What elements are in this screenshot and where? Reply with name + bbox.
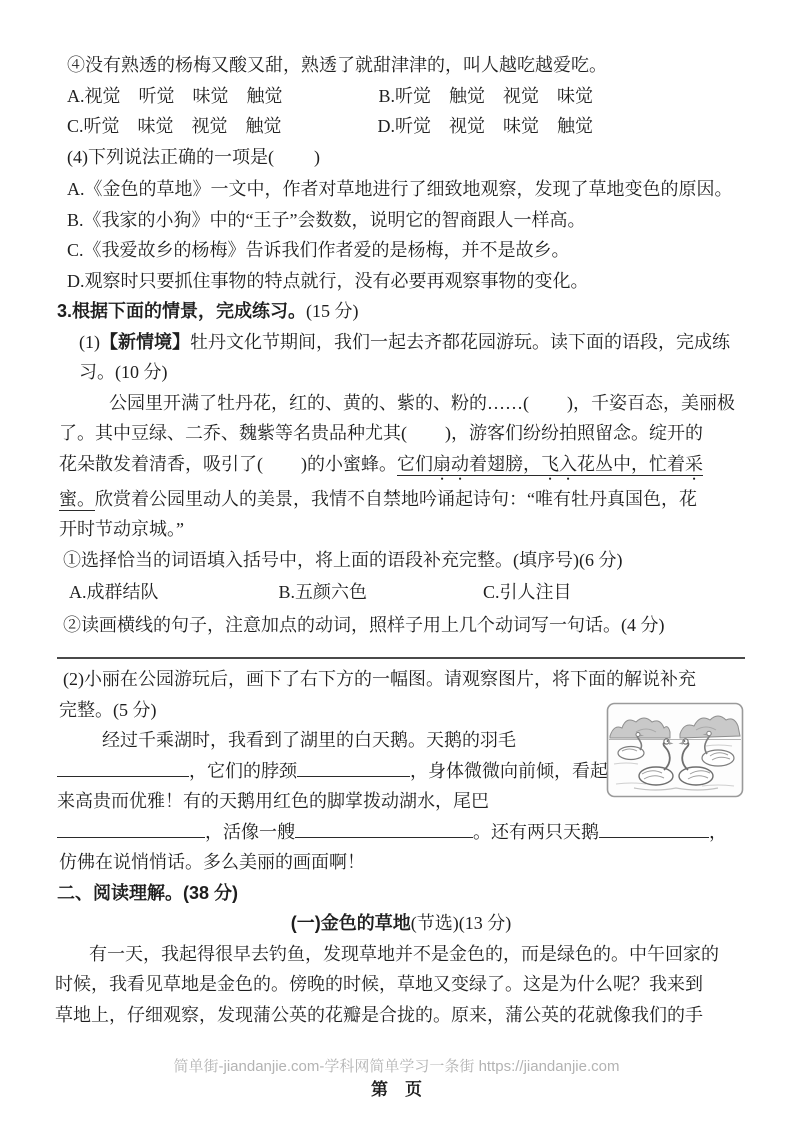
- text-line: C.《我爱故乡的杨梅》告诉我们作者爱的是杨梅，并不是故乡。: [67, 235, 745, 266]
- text-segment: (节选)(13 分): [411, 913, 511, 933]
- text-segment: (4)下列说法正确的一项是(: [67, 147, 274, 167]
- text-segment: ，活像一艘: [205, 822, 295, 842]
- text-segment: B.听觉 触觉 视觉 味觉: [379, 86, 594, 106]
- text-line: 公园里开满了牡丹花，红的、黄的、紫的、粉的……()，千姿百态，美丽极: [109, 388, 745, 419]
- fill-in-blank: [297, 761, 410, 777]
- text-line: 花朵散发着清香，吸引了()的小蜜蜂。它们扇动着翅膀，飞入花丛中，忙着采: [59, 449, 745, 484]
- text-segment: (2)小丽在公园游玩后，画下了右下方的一幅图。请观察图片，将下面的解说补充: [63, 669, 696, 689]
- text-line: B.《我家的小狗》中的“王子”会数数，说明它的智商跟人一样高。: [67, 205, 745, 236]
- text-segment: B.五颜六色: [279, 582, 368, 602]
- text-segment: 。还有两只天鹅: [473, 822, 599, 842]
- answer-rule-line: [57, 657, 745, 659]
- text-segment: 有一天，我起得很早去钓鱼，发现草地并不是金色的，而是绿色的。中午回家的: [89, 944, 719, 964]
- text-segment: 仿佛在说悄悄话。多么美丽的画面啊！: [59, 852, 365, 872]
- spacer: [263, 469, 301, 470]
- text-line: A.《金色的草地》一文中，作者对草地进行了细致地观察，发现了草地变色的原因。: [67, 174, 745, 205]
- swan-lake-figure: [606, 702, 744, 798]
- text-line: 有一天，我起得很早去钓鱼，发现草地并不是金色的，而是绿色的。中午回家的: [89, 939, 745, 970]
- text-line: ，它们的脖颈，身体微微向前倾，看起: [57, 756, 605, 787]
- text-segment: 二、阅读理解。(38 分): [57, 883, 238, 903]
- text-segment: 着翅膀，: [469, 454, 541, 476]
- text-segment: 扇动: [433, 454, 469, 476]
- text-segment: ①选择恰当的词语填入括号中，将上面的语段补充完整。(填序号)(6 分): [63, 550, 622, 570]
- spacer: [367, 597, 483, 598]
- text-segment: 开时节动京城。”: [59, 519, 184, 539]
- text-segment: D.听觉 视觉 味觉 触觉: [378, 116, 594, 136]
- text-segment: 飞入: [541, 454, 577, 476]
- text-segment: 它们: [397, 454, 433, 476]
- text-line: 蜜。欣赏着公园里动人的美景，我情不自禁地吟诵起诗句：“唯有牡丹真国色，花: [59, 484, 745, 515]
- text-segment: 时候，我看见草地是金色的。傍晚的时候，草地又变绿了。这是为什么呢？我来到: [55, 974, 703, 994]
- text-segment: (1): [79, 332, 100, 352]
- text-line: A.视觉 听觉 味觉 触觉B.听觉 触觉 视觉 味觉: [67, 81, 745, 112]
- text-segment: 欣赏着公园里动人的美景，我情不自禁地吟诵起诗句：“唯有牡丹真国色，花: [95, 489, 697, 509]
- text-segment: 花丛中，忙着: [577, 454, 685, 476]
- text-segment: 3.根据下面的情景，完成练习。: [57, 301, 306, 321]
- text-line: ，活像一艘。还有两只天鹅，: [57, 817, 745, 848]
- text-segment: 蜜。: [59, 489, 95, 511]
- text-segment: 牡丹文化节期间，我们一起去齐都花园游玩。读下面的语段，完成练: [190, 332, 730, 352]
- text-segment: ，身体微微向前倾，看起: [410, 761, 608, 781]
- text-segment: )，游客们纷纷拍照留念。绽开的: [445, 423, 703, 443]
- text-segment: (15 分): [306, 301, 359, 321]
- text-line: 时候，我看见草地是金色的。傍晚的时候，草地又变绿了。这是为什么呢？我来到: [55, 969, 745, 1000]
- text-line: 经过千乘湖时，我看到了湖里的白天鹅。天鹅的羽毛: [102, 725, 650, 756]
- text-segment: C.《我爱故乡的杨梅》告诉我们作者爱的是杨梅，并不是故乡。: [67, 240, 570, 260]
- text-segment: )的小蜜蜂。: [301, 454, 397, 474]
- text-segment: 采: [685, 454, 703, 476]
- text-segment: ④没有熟透的杨梅又酸又甜，熟透了就甜津津的，叫人越吃越爱吃。: [67, 55, 607, 75]
- text-segment: ，: [709, 822, 727, 842]
- fill-in-blank: [57, 761, 189, 777]
- text-segment: 花朵散发着清香，吸引了(: [59, 454, 263, 474]
- text-segment: ): [314, 147, 320, 167]
- fill-in-blank: [57, 822, 205, 838]
- spacer: [407, 438, 445, 439]
- text-segment: 【新情境】: [100, 332, 190, 352]
- text-line: 二、阅读理解。(38 分): [57, 878, 745, 909]
- text-line: 草地上，仔细观察，发现蒲公英的花瓣是合拢的。原来，蒲公英的花就像我们的手: [55, 1000, 745, 1031]
- text-segment: ②读画横线的句子，注意加点的动词，照样子用上几个动词写一句话。(4 分): [63, 615, 665, 635]
- text-line: A.成群结队B.五颜六色C.引人注目: [69, 577, 745, 608]
- text-segment: A.成群结队: [69, 582, 159, 602]
- text-line: 仿佛在说悄悄话。多么美丽的画面啊！: [59, 847, 745, 878]
- spacer: [282, 131, 378, 132]
- text-line: 3.根据下面的情景，完成练习。(15 分): [57, 296, 745, 327]
- page-number-label: 第 页: [0, 1075, 793, 1100]
- text-segment: 习。(10 分): [79, 362, 168, 382]
- spacer: [274, 162, 314, 163]
- text-segment: C.听觉 味觉 视觉 触觉: [67, 116, 282, 136]
- text-segment: 公园里开满了牡丹花，红的、黄的、紫的、粉的……(: [109, 393, 529, 413]
- text-segment: 了。其中豆绿、二乔、魏紫等名贵品种尤其(: [59, 423, 407, 443]
- text-line: ②读画横线的句子，注意加点的动词，照样子用上几个动词写一句话。(4 分): [63, 610, 745, 641]
- text-segment: C.引人注目: [483, 582, 572, 602]
- text-segment: ，它们的脖颈: [189, 761, 297, 781]
- text-segment: A.视觉 听觉 味觉 触觉: [67, 86, 283, 106]
- text-segment: B.《我家的小狗》中的“王子”会数数，说明它的智商跟人一样高。: [67, 210, 585, 230]
- fill-in-blank: [295, 822, 473, 838]
- text-line: 来高贵而优雅！有的天鹅用红色的脚掌拨动湖水，尾巴: [57, 786, 605, 817]
- text-line: (2)小丽在公园游玩后，画下了右下方的一幅图。请观察图片，将下面的解说补充: [63, 664, 745, 695]
- text-line: 开时节动京城。”: [59, 514, 745, 545]
- text-line: (1)【新情境】牡丹文化节期间，我们一起去齐都花园游玩。读下面的语段，完成练: [79, 327, 745, 358]
- text-line: ④没有熟透的杨梅又酸又甜，熟透了就甜津津的，叫人越吃越爱吃。: [67, 50, 745, 81]
- text-line: 习。(10 分): [79, 357, 745, 388]
- text-line: C.听觉 味觉 视觉 触觉D.听觉 视觉 味觉 触觉: [67, 111, 745, 142]
- text-segment: A.《金色的草地》一文中，作者对草地进行了细致地观察，发现了草地变色的原因。: [67, 179, 733, 199]
- text-line: D.观察时只要抓住事物的特点就行，没有必要再观察事物的变化。: [67, 266, 745, 297]
- text-line: (一)金色的草地(节选)(13 分): [57, 908, 745, 939]
- text-segment: 草地上，仔细观察，发现蒲公英的花瓣是合拢的。原来，蒲公英的花就像我们的手: [55, 1005, 703, 1025]
- spacer: [159, 597, 279, 598]
- fill-in-blank: [599, 822, 709, 838]
- text-line: ①选择恰当的词语填入括号中，将上面的语段补充完整。(填序号)(6 分): [63, 545, 745, 576]
- text-segment: )，千姿百态，美丽极: [567, 393, 735, 413]
- swans-illustration-icon: [606, 702, 744, 798]
- text-line: (4)下列说法正确的一项是(): [67, 142, 745, 173]
- text-segment: (一)金色的草地: [291, 913, 411, 933]
- content-area: ④没有熟透的杨梅又酸又甜，熟透了就甜津津的，叫人越吃越爱吃。A.视觉 听觉 味觉…: [0, 0, 793, 1030]
- text-segment: D.观察时只要抓住事物的特点就行，没有必要再观察事物的变化。: [67, 271, 589, 291]
- spacer: [283, 101, 379, 102]
- text-segment: 来高贵而优雅！有的天鹅用红色的脚掌拨动湖水，尾巴: [57, 791, 489, 811]
- footer-watermark: 简单街-jiandanjie.com-学科网简单学习一条街 https://ji…: [0, 1055, 793, 1076]
- spacer: [529, 408, 567, 409]
- text-segment: 经过千乘湖时，我看到了湖里的白天鹅。天鹅的羽毛: [102, 730, 516, 750]
- text-line: 了。其中豆绿、二乔、魏紫等名贵品种尤其()，游客们纷纷拍照留念。绽开的: [59, 418, 745, 449]
- text-segment: 完整。(5 分): [59, 700, 157, 720]
